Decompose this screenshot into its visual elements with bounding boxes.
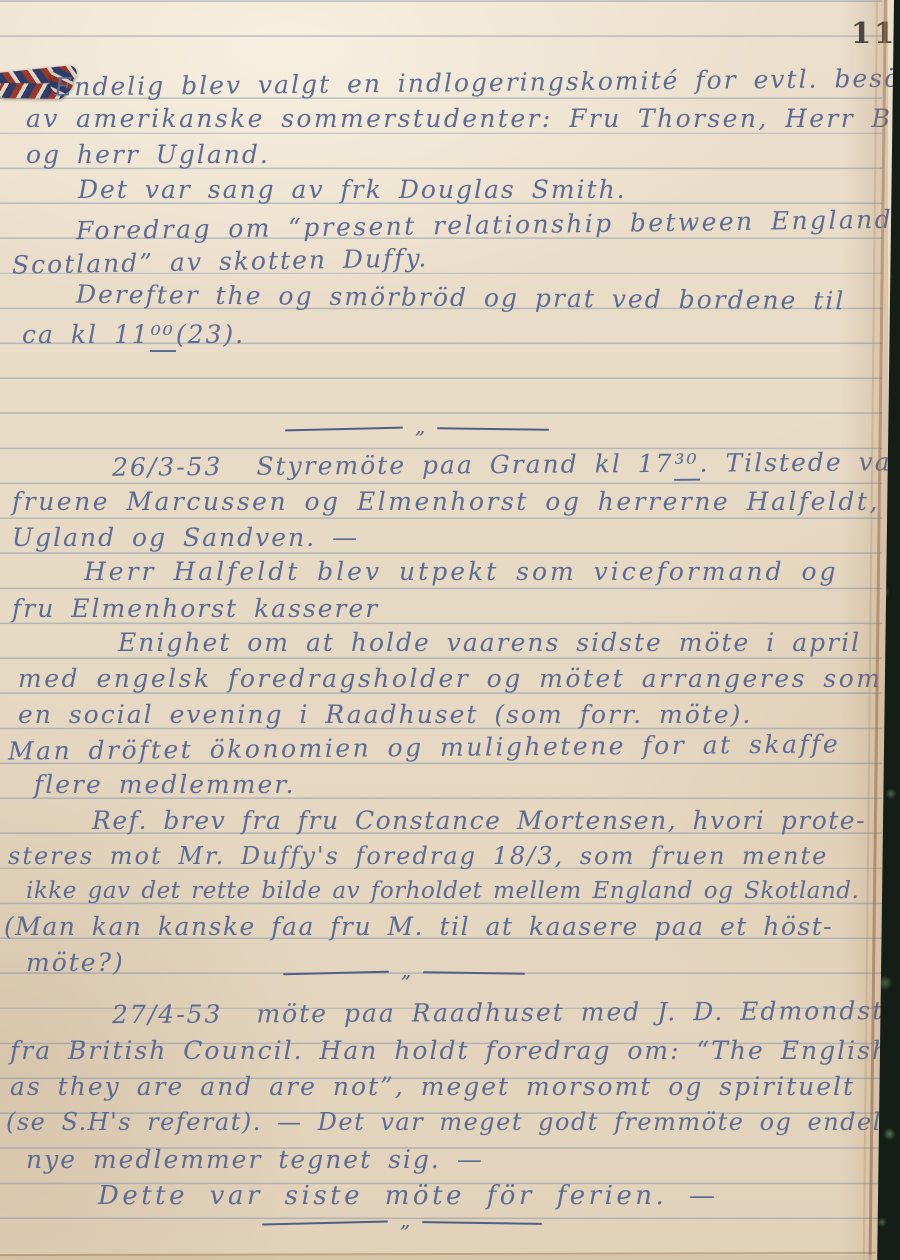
divider-line [283,971,389,976]
time-superscript: ³⁰ [673,449,699,481]
handwriting-line: en social evening i Raadhuset (som forr.… [18,700,752,729]
handwriting-line: Ugland og Sandven. — [12,523,359,552]
entry-date: 26/3-53 [112,452,223,482]
handwriting-line: (Man kan kanske faa fru M. til at kaaser… [4,912,833,941]
handwriting-line: fru Elmenhorst kasserer [12,594,379,623]
handwriting-line: 26/3-53Styremöte paa Grand kl 17³⁰. Tils… [112,447,900,482]
handwriting-line: möte?) [26,948,125,977]
time-text: (23). [176,320,245,349]
handwriting-line: ikke gav det rette bilde av forholdet me… [26,878,859,904]
handwriting-line: as they are and are not”, meget morsomt … [10,1072,855,1101]
divider-line [437,427,549,431]
notebook-page: 11 Endelig blev valgt en indlogeringskom… [0,0,900,1260]
time-superscript: ⁰⁰ [150,320,176,352]
section-divider: „ [283,968,531,978]
handwriting-line: og herr Ugland. [26,140,270,169]
handwriting-line: ca kl 11⁰⁰(23). [22,320,245,349]
handwriting-line: fruene Marcussen og Elmenhorst og herrer… [12,487,880,516]
divider-mark: „ [400,1215,410,1225]
handwriting-line: Det var sang av frk Douglas Smith. [78,175,627,204]
handwriting-line: av amerikanske sommerstudenter: Fru Thor… [26,104,900,133]
divider-mark: „ [415,421,425,431]
handwriting-line: 27/4-53möte paa Raadhuset med J. D. Edmo… [112,996,900,1029]
entry-heading: möte paa Raadhuset med J. D. Edmondston [256,996,900,1028]
handwriting-line: flere medlemmer. [34,770,295,799]
entry-heading: Styremöte paa Grand kl 17 [256,449,673,481]
handwriting-line: Ref. brev fra fru Constance Mortensen, h… [92,806,866,835]
time-text: ca kl 11 [22,320,150,349]
handwriting-line: fra British Council. Han holdt foredrag … [10,1036,890,1065]
section-divider: „ [285,424,555,434]
divider-line [423,971,525,974]
divider-mark: „ [401,965,411,975]
entry-date: 27/4-53 [112,1000,223,1030]
handwriting-line: Dette var siste möte för ferien. — [98,1181,719,1211]
handwriting-line: Enighet om at holde vaarens sidste möte … [118,628,861,657]
handwriting-line: Herr Halfeldt blev utpekt som viceforman… [84,557,839,586]
handwriting-line: steres mot Mr. Duffy's foredrag 18/3, so… [8,842,828,870]
section-divider: „ [262,1218,548,1228]
handwriting-line: nye medlemmer tegnet sig. — [26,1145,484,1174]
divider-line [262,1220,388,1225]
handwriting-line: (se S.H's referat). — Det var meget godt… [6,1108,882,1136]
divider-line [285,427,403,432]
divider-line [422,1221,542,1225]
handwriting-line: med engelsk foredragsholder og mötet arr… [18,664,882,693]
